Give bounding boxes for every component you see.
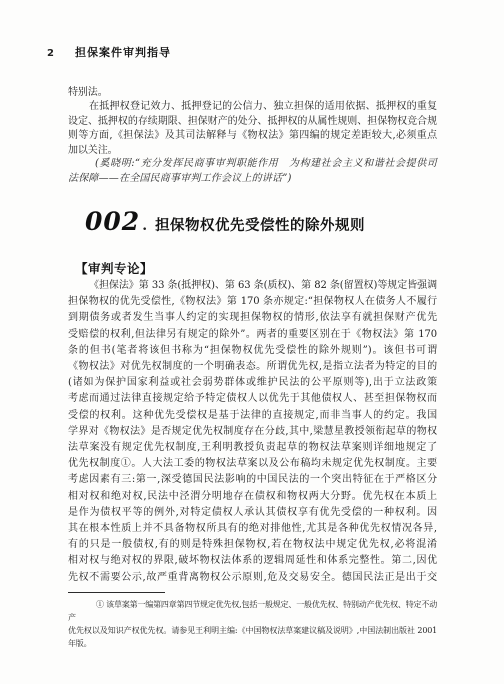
book-page: 2 担保案件审判指导 特别法。在抵押权登记效力、抵押登记的公信力、独立担保的适用… bbox=[0, 0, 504, 684]
text-line: 有的只是一般债权,有的则是特殊担保物权,若在物权法中规定优先权,必将混淆 bbox=[68, 537, 437, 553]
text-line: 则等方面,《担保法》及其司法解释与《物权法》第四编的规定差距较大,必须重点 bbox=[68, 129, 437, 143]
text-line: 到期债务或者发生当事人约定的实现担保物权的情形,依法享有就担保财产优先 bbox=[68, 310, 437, 326]
footnote-divider bbox=[68, 592, 165, 593]
text-line: 受赔偿的权利,但法律另有规定的除外”。两者的重要区别在于《物权法》第 170 bbox=[68, 327, 437, 343]
text-line: 考虑因素有三:第一,深受德国民法影响的中国民法的一个突出特征在于严格区分 bbox=[68, 472, 437, 488]
text-line: 相对权与绝对权的界限,破坏物权法体系的逻辑周延性和体系完整性。第二,因优 bbox=[68, 553, 437, 569]
text-line: 特别法。 bbox=[68, 86, 437, 100]
text-line: 条的但书(笔者将该但书称为“担保物权优先受偿性的除外规则”)。该但书可谓 bbox=[68, 343, 437, 359]
footnote-block: ① 该草案第一编第四章第四节规定优先权,包括一般规定、一般优先权、特别动产优先权… bbox=[68, 598, 437, 650]
text-line: 《物权法》对优先权制度的一个明确表态。所谓优先权,是指立法者为特定的目的 bbox=[68, 359, 437, 375]
section-number-dot: . bbox=[142, 218, 147, 234]
essay-label: 【审判专论】 bbox=[75, 259, 153, 277]
section-number: 002 bbox=[85, 207, 140, 236]
text-line: 优先权以及知识产权优先权。请参见王利明主编:《中国物权法草案建议稿及说明》,中国… bbox=[68, 624, 437, 637]
page-number: 2 bbox=[47, 48, 54, 59]
text-line: (诸如为保护国家利益或社会弱势群体或维护民法的公平原则等),出于立法政策 bbox=[68, 375, 437, 391]
text-line: 学界对《物权法》是否规定优先权制度存在分歧,其中,梁慧星教授领衔起草的物权 bbox=[68, 424, 437, 440]
text-line: 设定、抵押权的存续期限、担保财产的处分、抵押权的从属性规则、担保物权竞合规 bbox=[68, 115, 437, 129]
section-heading: 002 . 担保物权优先受偿性的除外规则 bbox=[85, 207, 437, 236]
text-line: 考虑而通过法律直接规定给予特定债权人以优先于其他债权人、甚至担保物权而 bbox=[68, 391, 437, 407]
text-line: (奚晓明:“充分发挥民商事审判职能作用 为构建社会主义和谐社会提供司 bbox=[68, 157, 437, 172]
running-title: 担保案件审判指导 bbox=[75, 44, 171, 60]
text-line: ① 该草案第一编第四章第四节规定优先权,包括一般规定、一般优先权、特别动产优先权… bbox=[68, 598, 437, 624]
intro-paragraphs: 特别法。在抵押权登记效力、抵押登记的公信力、独立担保的适用依据、抵押权的重复设定… bbox=[68, 86, 437, 158]
text-line: 担保物权的优先受偿性,《物权法》第 170 条亦规定:“担保物权人在债务人不履行 bbox=[68, 294, 437, 310]
text-line: 在抵押权登记效力、抵押登记的公信力、独立担保的适用依据、抵押权的重复 bbox=[68, 100, 437, 114]
text-line: 法保障——在全国民商事审判工作会议上的讲话”) bbox=[68, 172, 437, 187]
essay-body: 《担保法》第 33 条(抵押权)、第 63 条(质权)、第 82 条(留置权)等… bbox=[68, 278, 437, 586]
text-line: 年版。 bbox=[68, 637, 437, 650]
citation-note: (奚晓明:“充分发挥民商事审判职能作用 为构建社会主义和谐社会提供司法保障——在… bbox=[68, 157, 437, 186]
text-line: 先权不需要公示,故严重背离物权公示原则,危及交易安全。德国民法正是出于交 bbox=[68, 570, 437, 586]
page-header: 2 担保案件审判指导 bbox=[47, 44, 437, 60]
section-title: 担保物权优先受偿性的除外规则 bbox=[155, 214, 365, 235]
text-line: 加以关注。 bbox=[68, 144, 437, 158]
text-line: 其在根本性质上并不具备物权所具有的绝对排他性,尤其是各种优先权情况各异, bbox=[68, 521, 437, 537]
text-line: 优先权制度①。人大法工委的物权法草案以及公布稿均未规定优先权制度。主要 bbox=[68, 456, 437, 472]
text-line: 是作为债权平等的例外,对特定债权人承认其债权享有优先受偿的一种权利。因 bbox=[68, 505, 437, 521]
text-line: 相对权和绝对权,民法中泾渭分明地存在债权和物权两大分野。优先权在本质上 bbox=[68, 489, 437, 505]
text-line: 法草案没有规定优先权制度,王利明教授负责起草的物权法草案则详细地规定了 bbox=[68, 440, 437, 456]
text-line: 受偿的权利。这种优先受偿权是基于法律的直接规定,而非当事人的约定。我国 bbox=[68, 408, 437, 424]
text-line: 《担保法》第 33 条(抵押权)、第 63 条(质权)、第 82 条(留置权)等… bbox=[68, 278, 437, 294]
